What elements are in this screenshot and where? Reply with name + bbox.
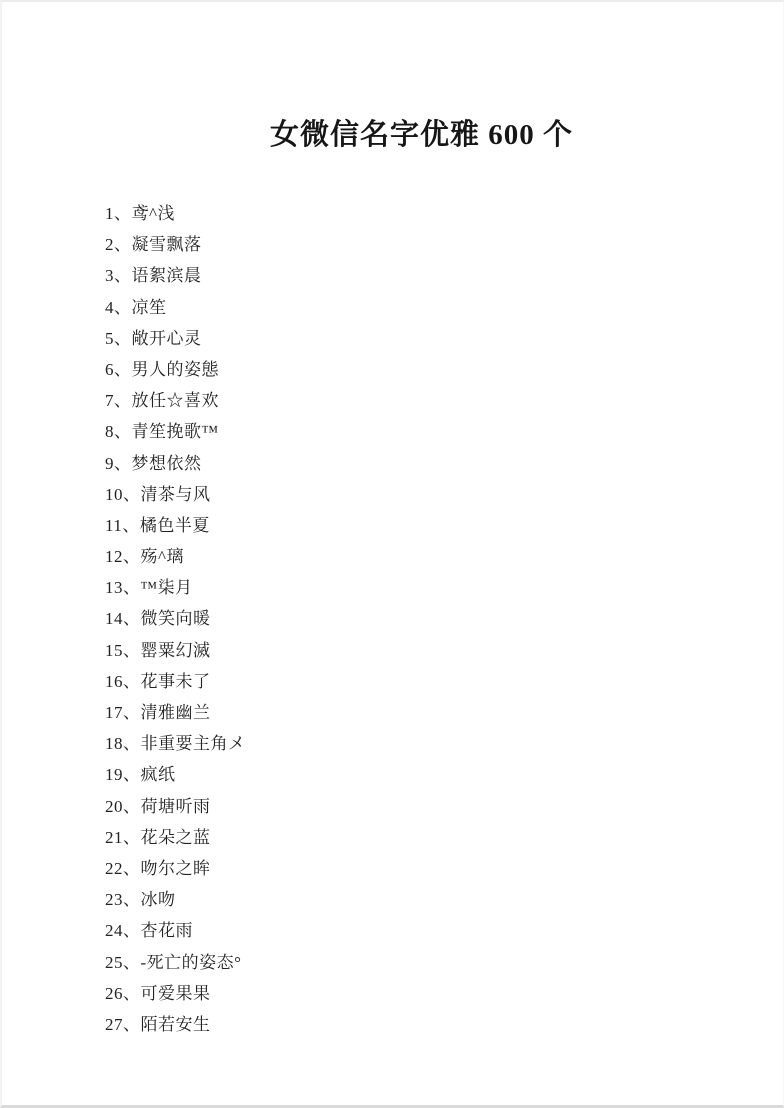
list-item: 21、花朵之蓝 — [105, 822, 738, 853]
item-name: 男人的姿態 — [132, 360, 220, 379]
item-name: 罂粟幻滅 — [141, 641, 211, 660]
item-name: 花事未了 — [141, 672, 211, 691]
item-name: 鸢^浅 — [132, 204, 175, 223]
list-item: 26、可爱果果 — [105, 978, 738, 1009]
list-item: 2、凝雪飘落 — [105, 229, 738, 260]
item-number: 6、 — [105, 360, 132, 379]
name-list: 1、鸢^浅 2、凝雪飘落 3、语絮滨晨 4、凉笙 5、敞开心灵 6、男人的姿態 … — [105, 198, 738, 1040]
page-title: 女微信名字优雅 600 个 — [105, 2, 738, 154]
item-name: 放任☆喜欢 — [132, 391, 220, 410]
item-number: 15、 — [105, 641, 141, 660]
item-number: 27、 — [105, 1015, 141, 1034]
item-number: 8、 — [105, 422, 132, 441]
item-name: -死亡的姿态° — [141, 953, 242, 972]
list-item: 16、花事未了 — [105, 666, 738, 697]
item-number: 24、 — [105, 921, 141, 940]
item-number: 23、 — [105, 890, 141, 909]
item-name: 凝雪飘落 — [132, 235, 202, 254]
document-content: 女微信名字优雅 600 个 1、鸢^浅 2、凝雪飘落 3、语絮滨晨 4、凉笙 5… — [2, 2, 783, 1040]
item-name: 微笑向暖 — [141, 609, 211, 628]
item-number: 17、 — [105, 703, 141, 722]
item-number: 9、 — [105, 454, 132, 473]
item-name: 花朵之蓝 — [141, 828, 211, 847]
item-name: 吻尔之眸 — [141, 859, 211, 878]
list-item: 18、非重要主角メ — [105, 728, 738, 759]
list-item: 15、罂粟幻滅 — [105, 635, 738, 666]
item-number: 25、 — [105, 953, 141, 972]
list-item: 11、橘色半夏 — [105, 510, 738, 541]
item-number: 1、 — [105, 204, 132, 223]
item-number: 4、 — [105, 298, 132, 317]
list-item: 24、杏花雨 — [105, 915, 738, 946]
list-item: 3、语絮滨晨 — [105, 260, 738, 291]
item-number: 7、 — [105, 391, 132, 410]
item-number: 3、 — [105, 266, 132, 285]
item-name: 敞开心灵 — [132, 329, 202, 348]
item-name: 疯纸 — [141, 765, 176, 784]
list-item: 22、吻尔之眸 — [105, 853, 738, 884]
item-number: 26、 — [105, 984, 141, 1003]
list-item: 23、冰吻 — [105, 884, 738, 915]
item-number: 22、 — [105, 859, 141, 878]
item-number: 10、 — [105, 485, 141, 504]
item-name: 殇^璃 — [141, 547, 184, 566]
item-number: 16、 — [105, 672, 141, 691]
item-name: 冰吻 — [141, 890, 176, 909]
item-name: 清雅幽兰 — [141, 703, 211, 722]
list-item: 13、™柒月 — [105, 572, 738, 603]
list-item: 10、清茶与风 — [105, 479, 738, 510]
list-item: 5、敞开心灵 — [105, 323, 738, 354]
item-name: 凉笙 — [132, 298, 167, 317]
list-item: 25、-死亡的姿态° — [105, 947, 738, 978]
item-name: 杏花雨 — [141, 921, 194, 940]
item-name: 陌若安生 — [141, 1015, 211, 1034]
item-name: 橘色半夏 — [140, 516, 210, 535]
item-name: 语絮滨晨 — [132, 266, 202, 285]
list-item: 7、放任☆喜欢 — [105, 385, 738, 416]
list-item: 4、凉笙 — [105, 292, 738, 323]
item-number: 12、 — [105, 547, 141, 566]
item-name: 梦想依然 — [132, 454, 202, 473]
item-number: 18、 — [105, 734, 141, 753]
item-name: 清茶与风 — [141, 485, 211, 504]
item-number: 21、 — [105, 828, 141, 847]
item-number: 5、 — [105, 329, 132, 348]
list-item: 6、男人的姿態 — [105, 354, 738, 385]
list-item: 14、微笑向暖 — [105, 603, 738, 634]
item-number: 13、 — [105, 578, 141, 597]
list-item: 12、殇^璃 — [105, 541, 738, 572]
list-item: 20、荷塘听雨 — [105, 791, 738, 822]
list-item: 1、鸢^浅 — [105, 198, 738, 229]
item-name: 青笙挽歌™ — [132, 422, 219, 441]
item-number: 20、 — [105, 797, 141, 816]
list-item: 17、清雅幽兰 — [105, 697, 738, 728]
list-item: 19、疯纸 — [105, 759, 738, 790]
list-item: 9、梦想依然 — [105, 448, 738, 479]
list-item: 27、陌若安生 — [105, 1009, 738, 1040]
item-number: 14、 — [105, 609, 141, 628]
item-name: ™柒月 — [141, 578, 193, 597]
item-number: 11、 — [105, 516, 140, 535]
document-page: 女微信名字优雅 600 个 1、鸢^浅 2、凝雪飘落 3、语絮滨晨 4、凉笙 5… — [0, 0, 784, 1108]
list-item: 8、青笙挽歌™ — [105, 416, 738, 447]
item-number: 19、 — [105, 765, 141, 784]
item-name: 可爱果果 — [141, 984, 211, 1003]
item-name: 非重要主角メ — [141, 734, 246, 753]
item-name: 荷塘听雨 — [141, 797, 211, 816]
item-number: 2、 — [105, 235, 132, 254]
